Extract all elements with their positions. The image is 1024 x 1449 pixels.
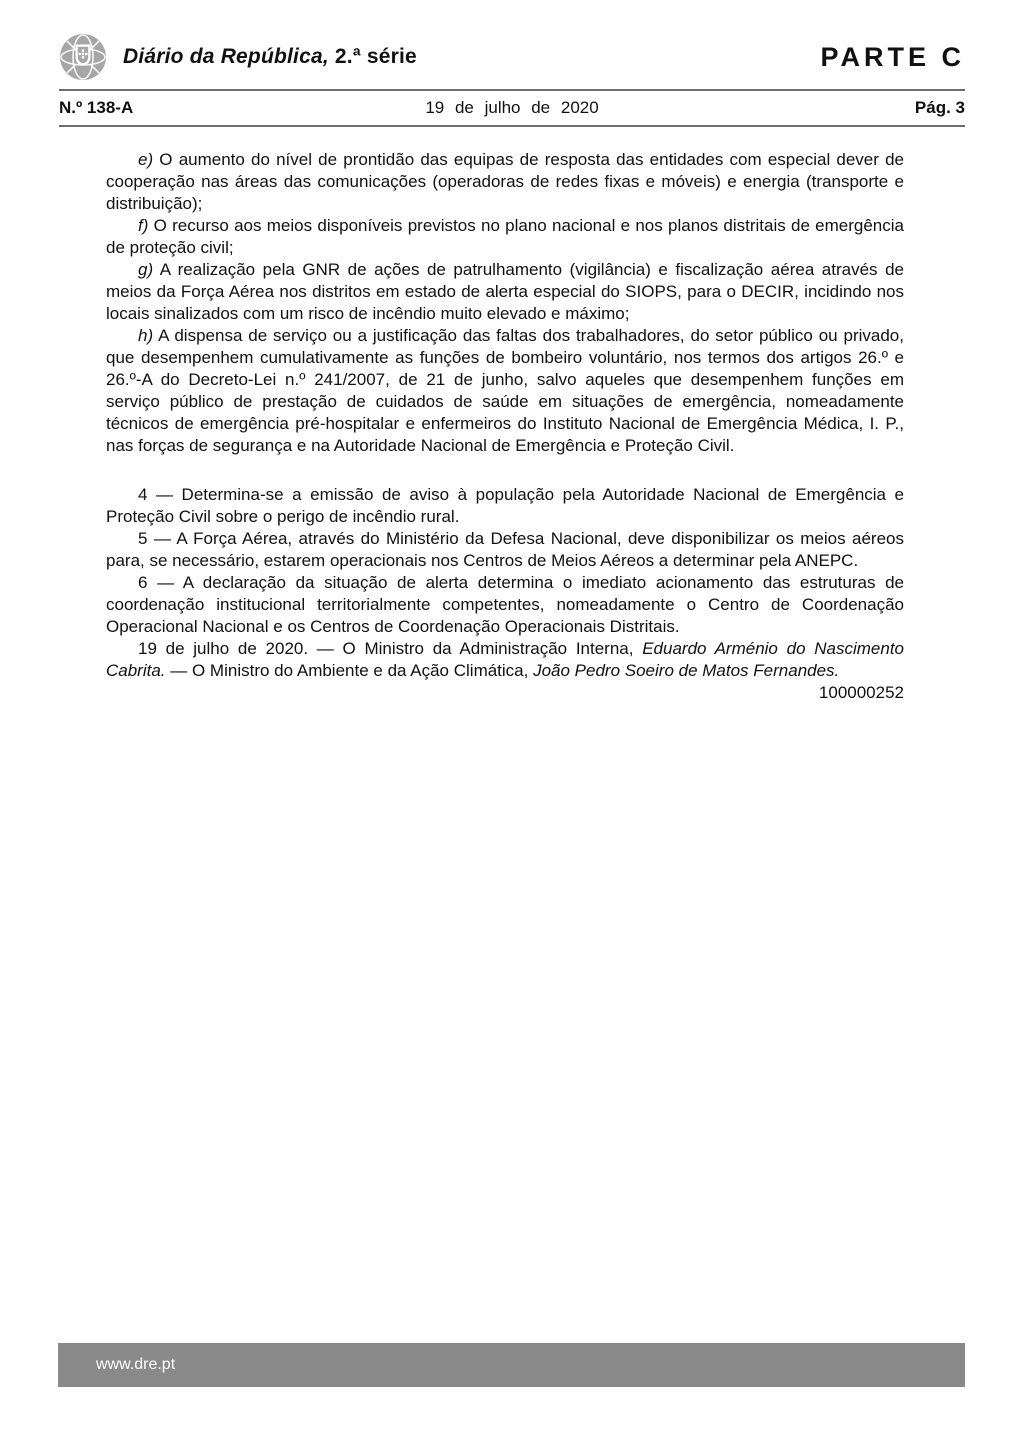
paragraph-letter-marker: g) (138, 260, 153, 279)
document-page: Diário da República, 2.ª série PARTE C N… (0, 0, 1024, 1449)
registration-number: 100000252 (106, 682, 904, 704)
publication-title-name: Diário da República, (123, 45, 329, 68)
lettered-paragraph: g) A realização pela GNR de ações de pat… (106, 259, 904, 325)
footer-url: www.dre.pt (96, 1356, 175, 1373)
document-body: e) O aumento do nível de prontidão das e… (106, 149, 904, 704)
part-label: PARTE C (820, 42, 965, 73)
signature-paragraph: 19 de julho de 2020. — O Ministro da Adm… (106, 638, 904, 682)
paragraph-letter-marker: e) (138, 150, 153, 169)
numbered-paragraph: 4 — Determina-se a emissão de aviso à po… (106, 484, 904, 528)
page-header: Diário da República, 2.ª série PARTE C N… (59, 0, 965, 127)
lettered-paragraph: h) A dispensa de serviço ou a justificaç… (106, 325, 904, 457)
footer-bar: www.dre.pt (58, 1343, 965, 1387)
issue-number: N.º 138-A (59, 98, 133, 118)
page-number: Pág. 3 (915, 98, 965, 118)
lettered-paragraphs: e) O aumento do nível de prontidão das e… (106, 149, 904, 457)
numbered-paragraphs: 4 — Determina-se a emissão de aviso à po… (106, 484, 904, 638)
header-top-row: Diário da República, 2.ª série PARTE C (59, 0, 965, 89)
lettered-paragraph: e) O aumento do nível de prontidão das e… (106, 149, 904, 215)
issue-meta-row: N.º 138-A 19 de julho de 2020 Pág. 3 (59, 89, 965, 127)
paragraph-letter-marker: h) (138, 326, 153, 345)
republic-armillary-emblem-icon (59, 33, 107, 81)
publication-title: Diário da República, 2.ª série (123, 45, 417, 69)
minister-name: João Pedro Soeiro de Matos Fernandes. (533, 661, 839, 680)
numbered-paragraph: 6 — A declaração da situação de alerta d… (106, 572, 904, 638)
publication-brand: Diário da República, 2.ª série (59, 33, 417, 81)
paragraph-letter-marker: f) (138, 216, 148, 235)
numbered-paragraph: 5 — A Força Aérea, através do Ministério… (106, 528, 904, 572)
lettered-paragraph: f) O recurso aos meios disponíveis previ… (106, 215, 904, 259)
issue-date: 19 de julho de 2020 (425, 98, 598, 118)
publication-title-series: 2.ª série (329, 45, 417, 68)
